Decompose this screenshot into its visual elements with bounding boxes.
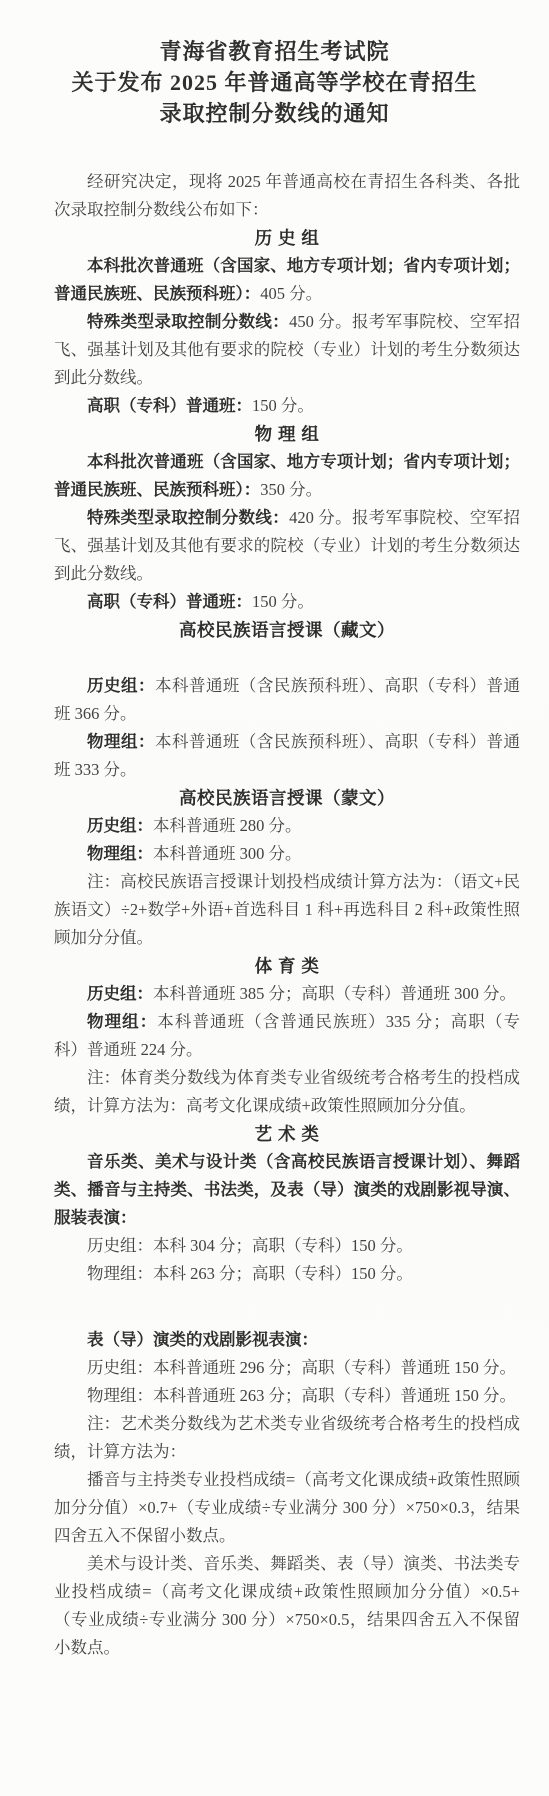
paragraph-text: 本科普通班 385 分；高职（专科）普通班 300 分。 bbox=[153, 984, 516, 1003]
paragraph: 本科批次普通班（含国家、地方专项计划；省内专项计划；普通民族班、民族预科班）：3… bbox=[54, 448, 520, 504]
paragraph-text: 注：体育类分数线为体育类专业省级统考合格考生的投档成绩，计算方法为：高考文化课成… bbox=[54, 1068, 520, 1115]
spacer bbox=[54, 644, 520, 672]
paragraph-label: 物理组： bbox=[87, 732, 155, 751]
paragraph: 历史组：本科普通班（含民族预科班）、高职（专科）普通班 366 分。 bbox=[54, 672, 520, 728]
paragraph: 美术与设计类、音乐类、舞蹈类、表（导）演类、书法类专业投档成绩=（高考文化课成绩… bbox=[54, 1550, 520, 1662]
paragraph-text: 经研究决定，现将 2025 年普通高校在青招生各科类、各批次录取控制分数线公布如… bbox=[54, 172, 520, 219]
paragraph: 特殊类型录取控制分数线：420 分。报考军事院校、空军招飞、强基计划及其他有要求… bbox=[54, 504, 520, 588]
paragraph: 表（导）演类的戏剧影视表演： bbox=[54, 1326, 520, 1354]
document-title: 青海省教育招生考试院 关于发布 2025 年普通高等学校在青招生 录取控制分数线… bbox=[0, 36, 549, 129]
paragraph: 本科批次普通班（含国家、地方专项计划；省内专项计划；普通民族班、民族预科班）：4… bbox=[54, 252, 520, 308]
paragraph-text: 150 分。 bbox=[252, 592, 314, 611]
section-heading: 历 史 组 bbox=[54, 224, 520, 252]
paragraph-label: 高职（专科）普通班： bbox=[87, 396, 252, 415]
paragraph-text: 历史组：本科普通班 296 分；高职（专科）普通班 150 分。 bbox=[87, 1358, 516, 1377]
paragraph: 物理组：本科 263 分；高职（专科）150 分。 bbox=[54, 1260, 520, 1288]
paragraph: 高职（专科）普通班：150 分。 bbox=[54, 588, 520, 616]
paragraph: 注：高校民族语言授课计划投档成绩计算方法为：（语文+民族语文）÷2+数学+外语+… bbox=[54, 868, 520, 952]
paragraph: 播音与主持类专业投档成绩=（高考文化课成绩+政策性照顾加分分值）×0.7+（专业… bbox=[54, 1466, 520, 1550]
paragraph-label: 特殊类型录取控制分数线： bbox=[87, 312, 289, 331]
paragraph-label: 特殊类型录取控制分数线： bbox=[87, 508, 289, 527]
paragraph: 历史组：本科普通班 385 分；高职（专科）普通班 300 分。 bbox=[54, 980, 520, 1008]
scanned-document: { "page": { "background": "#fbfbf9", "te… bbox=[0, 0, 549, 1796]
paragraph: 历史组：本科普通班 296 分；高职（专科）普通班 150 分。 bbox=[54, 1354, 520, 1382]
paragraph-text: 历史组：本科 304 分；高职（专科）150 分。 bbox=[87, 1236, 413, 1255]
title-line-1: 青海省教育招生考试院 bbox=[20, 36, 529, 67]
paragraph-label: 物理组： bbox=[87, 1012, 157, 1031]
paragraph: 物理组：本科普通班 300 分。 bbox=[54, 840, 520, 868]
title-line-2: 关于发布 2025 年普通高等学校在青招生 bbox=[20, 67, 529, 98]
paragraph: 经研究决定，现将 2025 年普通高校在青招生各科类、各批次录取控制分数线公布如… bbox=[54, 168, 520, 224]
section-heading: 高校民族语言授课（藏文） bbox=[54, 616, 520, 644]
section-heading: 物 理 组 bbox=[54, 420, 520, 448]
section-heading: 体 育 类 bbox=[54, 952, 520, 980]
paragraph-text: 注：艺术类分数线为艺术类专业省级统考合格考生的投档成绩，计算方法为： bbox=[54, 1414, 520, 1461]
paragraph-text: 物理组：本科 263 分；高职（专科）150 分。 bbox=[87, 1264, 413, 1283]
paragraph: 物理组：本科普通班（含民族预科班）、高职（专科）普通班 333 分。 bbox=[54, 728, 520, 784]
paragraph: 物理组：本科普通班（含普通民族班）335 分；高职（专科）普通班 224 分。 bbox=[54, 1008, 520, 1064]
document-page: 青海省教育招生考试院 关于发布 2025 年普通高等学校在青招生 录取控制分数线… bbox=[0, 0, 549, 1796]
paragraph-text: 405 分。 bbox=[260, 284, 322, 303]
paragraph: 音乐类、美术与设计类（含高校民族语言授课计划）、舞蹈类、播音与主持类、书法类，及… bbox=[54, 1148, 520, 1232]
paragraph: 注：体育类分数线为体育类专业省级统考合格考生的投档成绩，计算方法为：高考文化课成… bbox=[54, 1064, 520, 1120]
paragraph: 注：艺术类分数线为艺术类专业省级统考合格考生的投档成绩，计算方法为： bbox=[54, 1410, 520, 1466]
paragraph-label: 历史组： bbox=[87, 816, 153, 835]
paragraph-label: 物理组： bbox=[87, 844, 153, 863]
paragraph-label: 音乐类、美术与设计类（含高校民族语言授课计划）、舞蹈类、播音与主持类、书法类，及… bbox=[54, 1152, 520, 1227]
paragraph-text: 播音与主持类专业投档成绩=（高考文化课成绩+政策性照顾加分分值）×0.7+（专业… bbox=[54, 1470, 520, 1545]
paragraph-text: 本科普通班 280 分。 bbox=[153, 816, 302, 835]
paragraph-label: 表（导）演类的戏剧影视表演： bbox=[87, 1330, 318, 1349]
paragraph-text: 150 分。 bbox=[252, 396, 314, 415]
paragraph: 物理组：本科普通班 263 分；高职（专科）普通班 150 分。 bbox=[54, 1382, 520, 1410]
paragraph-text: 本科普通班 300 分。 bbox=[153, 844, 302, 863]
paragraph: 特殊类型录取控制分数线：450 分。报考军事院校、空军招飞、强基计划及其他有要求… bbox=[54, 308, 520, 392]
paragraph-label: 高职（专科）普通班： bbox=[87, 592, 252, 611]
paragraph-text: 注：高校民族语言授课计划投档成绩计算方法为：（语文+民族语文）÷2+数学+外语+… bbox=[54, 872, 520, 947]
paragraph-label: 历史组： bbox=[87, 984, 153, 1003]
paragraph: 高职（专科）普通班：150 分。 bbox=[54, 392, 520, 420]
paragraph-text: 美术与设计类、音乐类、舞蹈类、表（导）演类、书法类专业投档成绩=（高考文化课成绩… bbox=[54, 1554, 520, 1657]
paragraph-text: 物理组：本科普通班 263 分；高职（专科）普通班 150 分。 bbox=[87, 1386, 516, 1405]
paragraph: 历史组：本科普通班 280 分。 bbox=[54, 812, 520, 840]
section-heading: 艺 术 类 bbox=[54, 1120, 520, 1148]
document-body: 经研究决定，现将 2025 年普通高校在青招生各科类、各批次录取控制分数线公布如… bbox=[0, 168, 549, 1662]
paragraph-label: 历史组： bbox=[87, 676, 155, 695]
spacer bbox=[54, 1288, 520, 1326]
title-line-3: 录取控制分数线的通知 bbox=[20, 98, 529, 129]
section-heading: 高校民族语言授课（蒙文） bbox=[54, 784, 520, 812]
paragraph: 历史组：本科 304 分；高职（专科）150 分。 bbox=[54, 1232, 520, 1260]
paragraph-text: 350 分。 bbox=[260, 480, 322, 499]
